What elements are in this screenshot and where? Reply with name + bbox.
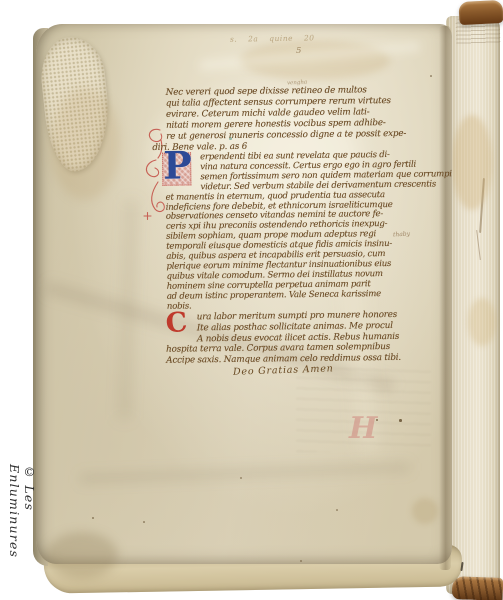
rubricated-initial-C: C (166, 312, 193, 334)
manuscript-photo: H s. 2a quine 20 5 vengha thaby Nec vere… (0, 0, 503, 600)
photo-credit: © Les Enluminures (7, 464, 37, 600)
ink-speck (430, 75, 432, 77)
stain (50, 88, 120, 200)
bleedthrough-letter: H (349, 411, 377, 446)
paragraph-3: C ura labor meritum sumpti pro munere ho… (166, 309, 449, 366)
ink-speck (300, 560, 302, 562)
header-inscription: s. 2a quine 20 (230, 33, 315, 43)
paragraph-1: Nec vereri quod sepe dixisse retineo de … (166, 84, 457, 154)
initial-letter: C (165, 309, 188, 338)
paragraph-2: P erpendenti tibi ea sunt revelata que p… (165, 150, 449, 312)
ink-speck (336, 509, 338, 511)
stain (412, 498, 438, 524)
leather-binding-corner-top (458, 0, 503, 25)
stain (452, 115, 492, 210)
stain (468, 298, 496, 346)
leather-binding-corner-bottom (452, 576, 503, 600)
ink-speck (399, 419, 402, 422)
ink-speck (143, 521, 145, 523)
stain (46, 532, 118, 578)
ink-speck (92, 517, 94, 519)
illuminated-initial-P: P (162, 153, 196, 183)
initial-letter: P (163, 146, 192, 184)
folio-mark: 5 (296, 46, 301, 56)
ink-speck (240, 477, 242, 479)
